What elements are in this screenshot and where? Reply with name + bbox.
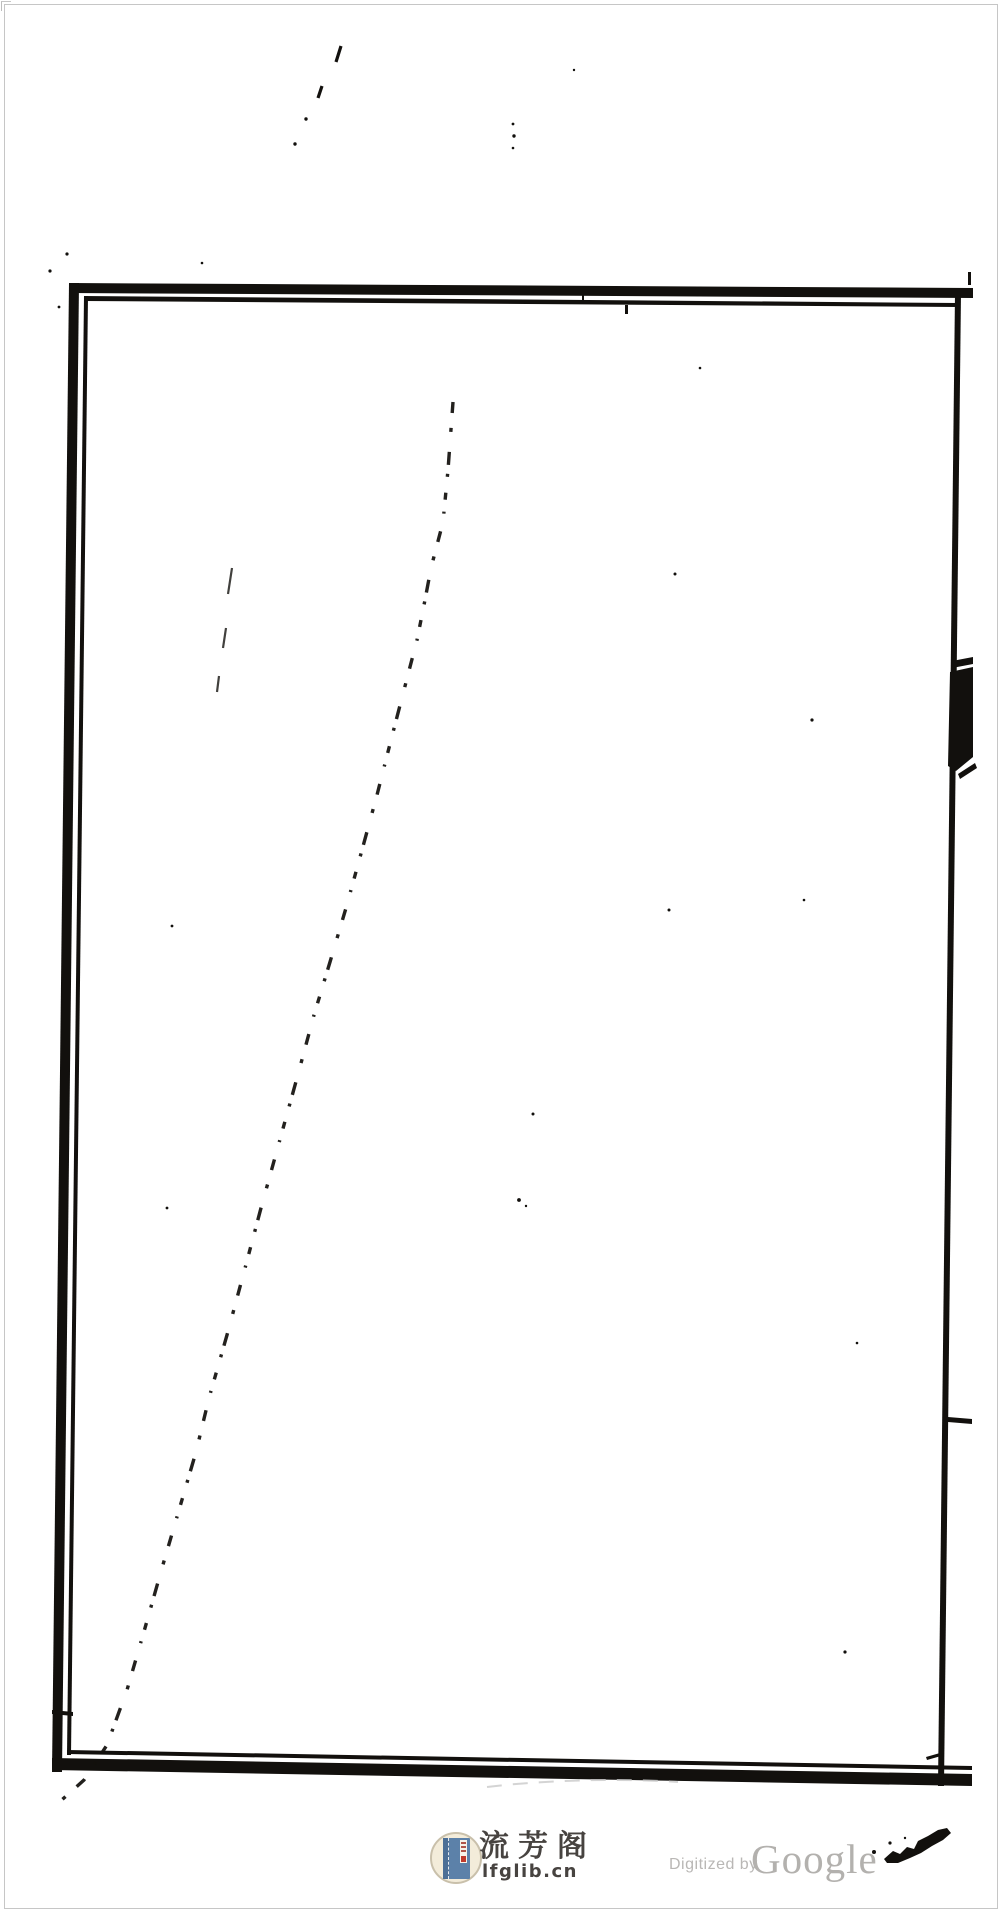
dust-speck [699,367,702,370]
page-frame-artwork [0,0,1002,1914]
binding-tab [948,667,973,771]
frame-top-outer-rule [69,283,973,298]
frame-top-inner-rule [84,296,958,307]
secondary-scratch-trail [217,568,232,692]
tick-top-gap [582,295,584,301]
google-wordmark: Google [751,1837,878,1881]
frame-left-outer-rule [52,283,79,1772]
dust-speck [293,142,296,145]
book-red-seal [461,1856,466,1862]
dust-speck [171,925,174,928]
dust-speck [512,147,515,150]
dust-speck [803,899,806,902]
watermark-logo [430,1832,482,1884]
dust-speck [856,1342,859,1345]
dust-speck [58,306,61,309]
book-icon [443,1838,470,1879]
dust-speck [201,262,204,265]
dust-speck [532,1113,535,1116]
digitized-by-label: Digitized by [669,1856,758,1874]
frame-bottom-outer-rule [52,1758,972,1786]
tick-right-rule [948,1417,972,1424]
dust-speck [48,269,51,272]
scanned-book-page: 流芳阁 lfglib.cn Digitized by Google [0,0,1002,1914]
tick-above-top-right [968,272,971,285]
dust-speck [512,134,515,137]
tick-top-mid [625,305,628,314]
dust-speck [668,909,671,912]
ink-blob [884,1828,951,1863]
top-margin-trail [318,46,341,98]
book-spine-stitching [443,1838,449,1879]
dust-speck [517,1198,521,1202]
book-title-label [460,1840,467,1863]
dust-speck [843,1650,846,1653]
book-label-text-marks [461,1842,466,1854]
dust-speck [674,573,677,576]
dust-speck [810,718,813,721]
frame-right-rule [938,293,961,1786]
dust-speck [525,1205,527,1207]
ink-blob-satellite [904,1837,906,1839]
scratch-streak [55,402,453,1806]
dust-speck [512,123,515,126]
faint-pencil-marks [487,1780,678,1787]
ink-blob-satellite [888,1841,891,1844]
dust-speck [65,252,68,255]
watermark-site-domain: lfglib.cn [482,1861,578,1882]
dust-speck [573,69,575,71]
dust-speck [304,117,307,120]
dust-speck [166,1207,169,1210]
